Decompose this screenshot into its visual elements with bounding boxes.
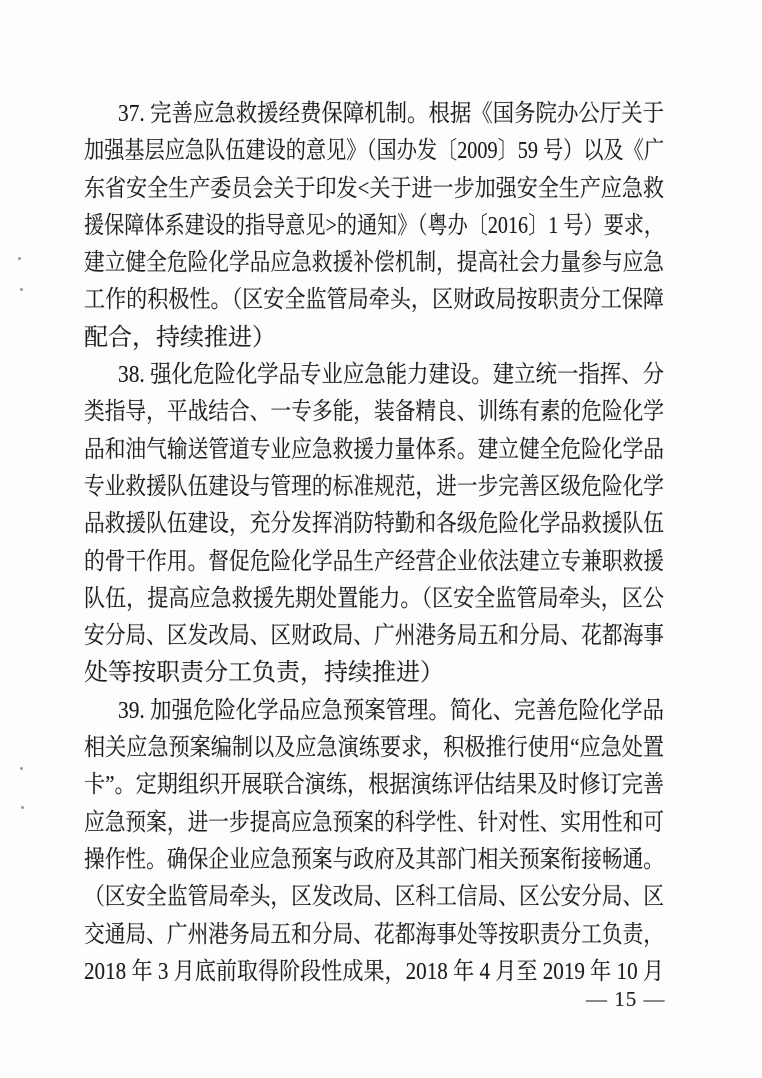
- scan-artifact-dot: [21, 806, 24, 809]
- text-line-content: 品救援队伍建设，充分发挥消防特勤和各级危险化学品救援队伍: [84, 506, 664, 543]
- text-line: 处等按职责分工负责，持续推进）: [84, 655, 664, 692]
- text-line-content: 品和油气输送管道专业应急救援力量体系。建立健全危险化学品: [84, 432, 664, 469]
- text-line: 37. 完善应急救援经费保障机制。根据《国务院办公厅关于: [84, 96, 664, 133]
- text-line: 加强基层应急队伍建设的意见》（国办发〔2009〕59 号）以及《广: [84, 133, 664, 170]
- text-line-content: 卡”。定期组织开展联合演练，根据演练评估结果及时修订完善: [84, 767, 664, 804]
- text-line-content: 加强基层应急队伍建设的意见》（国办发〔2009〕59 号）以及《广: [84, 133, 664, 170]
- text-line: 品和油气输送管道专业应急救援力量体系。建立健全危险化学品: [84, 432, 664, 469]
- text-line: 队伍，提高应急救援先期处置能力。（区安全监管局牵头，区公: [84, 581, 664, 618]
- text-line-content: 39. 加强危险化学品应急预案管理。简化、完善危险化学品: [118, 693, 664, 730]
- text-line: 38. 强化危险化学品专业应急能力建设。建立统一指挥、分: [84, 357, 664, 394]
- text-line-content: 专业救援队伍建设与管理的标准规范，进一步完善区级危险化学: [84, 469, 664, 506]
- text-line: 援保障体系建设的指导意见>的通知》（粤办〔2016〕1 号）要求，: [84, 208, 664, 245]
- text-line: 工作的积极性。（区安全监管局牵头，区财政局按职责分工保障: [84, 282, 664, 319]
- text-line-content: 建立健全危险化学品应急救援补偿机制，提高社会力量参与应急: [84, 245, 664, 282]
- text-line: 的骨干作用。督促危险化学品生产经营企业依法建立专兼职救援: [84, 544, 664, 581]
- text-line: 品救援队伍建设，充分发挥消防特勤和各级危险化学品救援队伍: [84, 506, 664, 543]
- scan-artifact-dot: [18, 257, 21, 260]
- text-line-content: 操作性。确保企业应急预案与政府及其部门相关预案衔接畅通。: [84, 842, 664, 879]
- text-line: 2018 年 3 月底前取得阶段性成果，2018 年 4 月至 2019 年 1…: [84, 954, 664, 991]
- text-line-content: （区安全监管局牵头，区发改局、区科工信局、区公安分局、区: [84, 879, 664, 916]
- text-line-content: 38. 强化危险化学品专业应急能力建设。建立统一指挥、分: [118, 357, 664, 394]
- text-line-content: 队伍，提高应急救援先期处置能力。（区安全监管局牵头，区公: [84, 581, 664, 618]
- text-line-content: 的骨干作用。督促危险化学品生产经营企业依法建立专兼职救援: [84, 544, 664, 581]
- text-line: 类指导，平战结合、一专多能，装备精良、训练有素的危险化学: [84, 394, 664, 431]
- text-line: 建立健全危险化学品应急救援补偿机制，提高社会力量参与应急: [84, 245, 664, 282]
- text-line: 配合，持续推进）: [84, 320, 664, 357]
- scan-artifact-dot: [20, 767, 23, 770]
- text-line-content: 2018 年 3 月底前取得阶段性成果，2018 年 4 月至 2019 年 1…: [84, 954, 664, 991]
- document-body: 37. 完善应急救援经费保障机制。根据《国务院办公厅关于 加强基层应急队伍建设的…: [84, 96, 664, 991]
- text-line-content: 类指导，平战结合、一专多能，装备精良、训练有素的危险化学: [84, 394, 664, 431]
- text-line-content: 援保障体系建设的指导意见>的通知》（粤办〔2016〕1 号）要求，: [84, 208, 664, 245]
- text-line-content: 东省安全生产委员会关于印发<关于进一步加强安全生产应急救: [84, 171, 664, 208]
- paragraph-39: 39. 加强危险化学品应急预案管理。简化、完善危险化学品 相关应急预案编制以及应…: [84, 693, 664, 991]
- text-line: 操作性。确保企业应急预案与政府及其部门相关预案衔接畅通。: [84, 842, 664, 879]
- text-line: 卡”。定期组织开展联合演练，根据演练评估结果及时修订完善: [84, 767, 664, 804]
- paragraph-38: 38. 强化危险化学品专业应急能力建设。建立统一指挥、分 类指导，平战结合、一专…: [84, 357, 664, 693]
- text-line-content: 交通局、广州港务局五和分局、花都海事处等按职责分工负责，: [84, 917, 664, 954]
- text-line: 专业救援队伍建设与管理的标准规范，进一步完善区级危险化学: [84, 469, 664, 506]
- scan-artifact-dot: [20, 288, 23, 291]
- text-line-content: 37. 完善应急救援经费保障机制。根据《国务院办公厅关于: [118, 96, 664, 133]
- text-line: 39. 加强危险化学品应急预案管理。简化、完善危险化学品: [84, 693, 664, 730]
- text-line: 交通局、广州港务局五和分局、花都海事处等按职责分工负责，: [84, 917, 664, 954]
- text-line-content: 工作的积极性。（区安全监管局牵头，区财政局按职责分工保障: [84, 282, 664, 319]
- page-number: — 15 —: [586, 987, 666, 1011]
- text-line-content: 配合，持续推进）: [84, 320, 276, 357]
- text-line-content: 安分局、区发改局、区财政局、广州港务局五和分局、花都海事: [84, 618, 664, 655]
- text-line: 安分局、区发改局、区财政局、广州港务局五和分局、花都海事: [84, 618, 664, 655]
- text-line: 应急预案，进一步提高应急预案的科学性、针对性、实用性和可: [84, 805, 664, 842]
- text-line-content: 应急预案，进一步提高应急预案的科学性、针对性、实用性和可: [84, 805, 664, 842]
- text-line: 相关应急预案编制以及应急演练要求，积极推行使用“应急处置: [84, 730, 664, 767]
- document-page: 37. 完善应急救援经费保障机制。根据《国务院办公厅关于 加强基层应急队伍建设的…: [0, 0, 762, 1078]
- text-line: （区安全监管局牵头，区发改局、区科工信局、区公安分局、区: [84, 879, 664, 916]
- paragraph-37: 37. 完善应急救援经费保障机制。根据《国务院办公厅关于 加强基层应急队伍建设的…: [84, 96, 664, 357]
- text-line-content: 相关应急预案编制以及应急演练要求，积极推行使用“应急处置: [84, 730, 664, 767]
- text-line: 东省安全生产委员会关于印发<关于进一步加强安全生产应急救: [84, 171, 664, 208]
- text-line-content: 处等按职责分工负责，持续推进）: [84, 655, 444, 692]
